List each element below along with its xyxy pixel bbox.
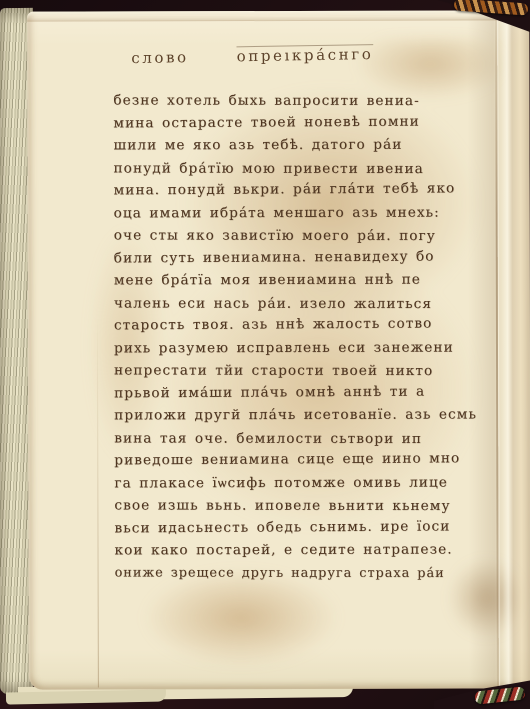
manuscript-line: старость твоя. азь ннѣ жалость сотво: [114, 312, 466, 337]
manuscript-line: чалень еси нась ра́и. изело жалиться: [114, 292, 466, 315]
manuscript-line: ониже зрещесе другь надруга страха ра́и: [115, 562, 467, 585]
manuscript-text-block: безне хотель быхь вапросити вениа-мина о…: [113, 89, 466, 585]
manuscript-line: мина. понудй вькри. ра́и гла́ти тебѣ яко: [114, 177, 466, 202]
manuscript-page: слово опреıкра́снго безне хотель быхь ва…: [27, 10, 530, 689]
manuscript-line: оче сты яко завистїю моего ра́и. погу: [114, 224, 466, 247]
manuscript-line: рихь разумею исправлень еси занежени: [114, 336, 466, 359]
manuscript-line: риведоше вениамина сице еще иино мно: [114, 447, 466, 472]
manuscript-line: били суть ивениамина. ненавидеху бо: [114, 245, 466, 270]
manuscript-line: га плакасе їѡсифь потомже омивь лице: [114, 471, 466, 494]
manuscript-line: безне хотель быхь вапросити вениа-: [113, 89, 465, 112]
manuscript-line: вьси идасьнесть обедь сьнимь. ире їоси: [114, 515, 466, 540]
underlying-page-corner-2: [6, 689, 166, 704]
book-photo: слово опреıкра́снго безне хотель быхь ва…: [0, 0, 530, 709]
manuscript-line: вина тая оче. бемилости сьтвори ип: [114, 427, 466, 450]
manuscript-line: кои како постарей, е седите натрапезе.: [114, 539, 466, 562]
manuscript-line: свое изшь вьнь. иповеле вьнити кьнему: [114, 494, 466, 517]
manuscript-text: слово опреıкра́снго безне хотель быхь ва…: [27, 10, 530, 689]
manuscript-line: шили ме яко азь тебѣ. датого ра́и: [113, 134, 465, 157]
manuscript-line: понудй бра́тїю мою привести ивениа: [114, 157, 466, 180]
manuscript-line: приложи другй пла́чь исетованїе. азь есм…: [114, 404, 466, 427]
manuscript-line: мина остарасте твоей ноневѣ помни: [113, 110, 465, 135]
manuscript-line: мене бра́тїа моя ивениамина ннѣ пе: [114, 269, 466, 292]
header-word-slovo: слово: [131, 48, 189, 67]
manuscript-line: непрестати тйи старости твоей никто: [114, 359, 466, 382]
manuscript-header: слово опреıкра́снго: [131, 45, 373, 67]
header-word-title: опреıкра́снго: [237, 45, 374, 65]
manuscript-line: оца имами ибра́та меншаго азь мнехь:: [114, 201, 466, 224]
manuscript-line: прьвой има́ши пла́чь омнѣ аннѣ ти а: [114, 380, 466, 405]
